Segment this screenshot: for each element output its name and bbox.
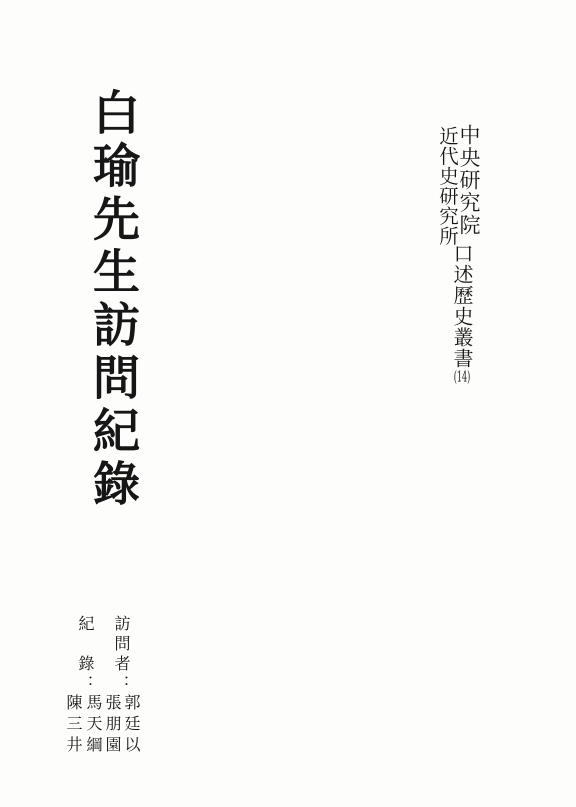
interviewer-name: 馬天綱	[84, 694, 103, 757]
recorder-name: 陳三井	[64, 694, 83, 757]
institution-name-line-2: 近代史研究所	[437, 126, 457, 246]
series-title: 口述歷史叢書(14)	[450, 243, 473, 384]
series-volume-number: (14)	[453, 369, 471, 384]
recorder-label: 紀 錄：	[77, 615, 93, 695]
recorder-names: 陳三井	[64, 694, 83, 757]
interviewers-label: 訪問者：	[113, 615, 129, 695]
book-cover-page: 白瑜先生訪問紀錄 中央研究院 近代史研究所 口述歷史叢書(14) 訪問者： 郭廷…	[0, 0, 576, 807]
interviewer-names: 郭廷以 張朋園 馬天綱	[84, 694, 141, 757]
interviewer-name: 郭廷以	[122, 694, 141, 757]
series-name: 口述歷史叢書	[450, 243, 474, 369]
interviewer-name: 張朋園	[103, 694, 122, 757]
book-title: 白瑜先生訪問紀錄	[88, 88, 136, 512]
institution-name-line-1: 中央研究院	[458, 124, 480, 237]
